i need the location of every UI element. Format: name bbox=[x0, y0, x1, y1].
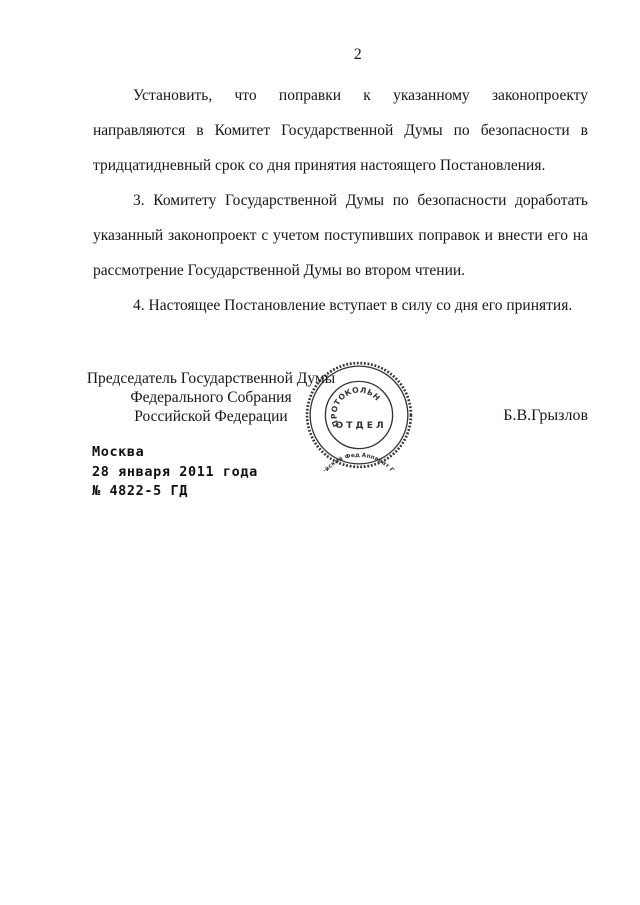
stamp-outer-scallop-ring bbox=[307, 363, 411, 467]
body-line: 3. Комитету Государственной Думы по безо… bbox=[93, 183, 588, 218]
signature-title-line: Федерального Собрания bbox=[85, 388, 337, 407]
signature-title-line: Российской Федерации bbox=[85, 407, 337, 426]
body-line: 4. Настоящее Постановление вступает в си… bbox=[93, 288, 588, 323]
issue-doc-number: № 4822-5 ГД bbox=[92, 482, 258, 502]
body-line: рассмотрение Государственной Думы во вто… bbox=[93, 253, 588, 288]
stamp-ring-text: Аппарат Государственной Думы Федеральног… bbox=[303, 359, 405, 471]
stamp-seal-icon: Аппарат Государственной Думы Федеральног… bbox=[303, 359, 415, 471]
signature-title-block: Председатель Государственной Думы Федера… bbox=[85, 369, 337, 426]
page-number: 2 bbox=[0, 46, 640, 64]
document-page: 2 Установить, что поправки к указанному … bbox=[0, 0, 640, 905]
protocol-department-stamp-icon: Аппарат Государственной Думы Федеральног… bbox=[303, 359, 415, 471]
body-line: указанный законопроект с учетом поступив… bbox=[93, 218, 588, 253]
stamp-center-title: ОТДЕЛ bbox=[335, 420, 386, 431]
signature-title-line: Председатель Государственной Думы bbox=[85, 369, 337, 388]
issue-details-block: Москва 28 января 2011 года № 4822-5 ГД bbox=[92, 443, 258, 502]
signer-name: Б.В.Грызлов bbox=[503, 407, 588, 425]
issue-date: 28 января 2011 года bbox=[92, 463, 258, 483]
document-body: Установить, что поправки к указанному за… bbox=[93, 78, 588, 323]
body-line: направляются в Комитет Государственной Д… bbox=[93, 113, 588, 148]
body-line: тридцатидневный срок со дня принятия нас… bbox=[93, 148, 588, 183]
issue-city: Москва bbox=[92, 443, 258, 463]
body-line: Установить, что поправки к указанному за… bbox=[93, 78, 588, 113]
